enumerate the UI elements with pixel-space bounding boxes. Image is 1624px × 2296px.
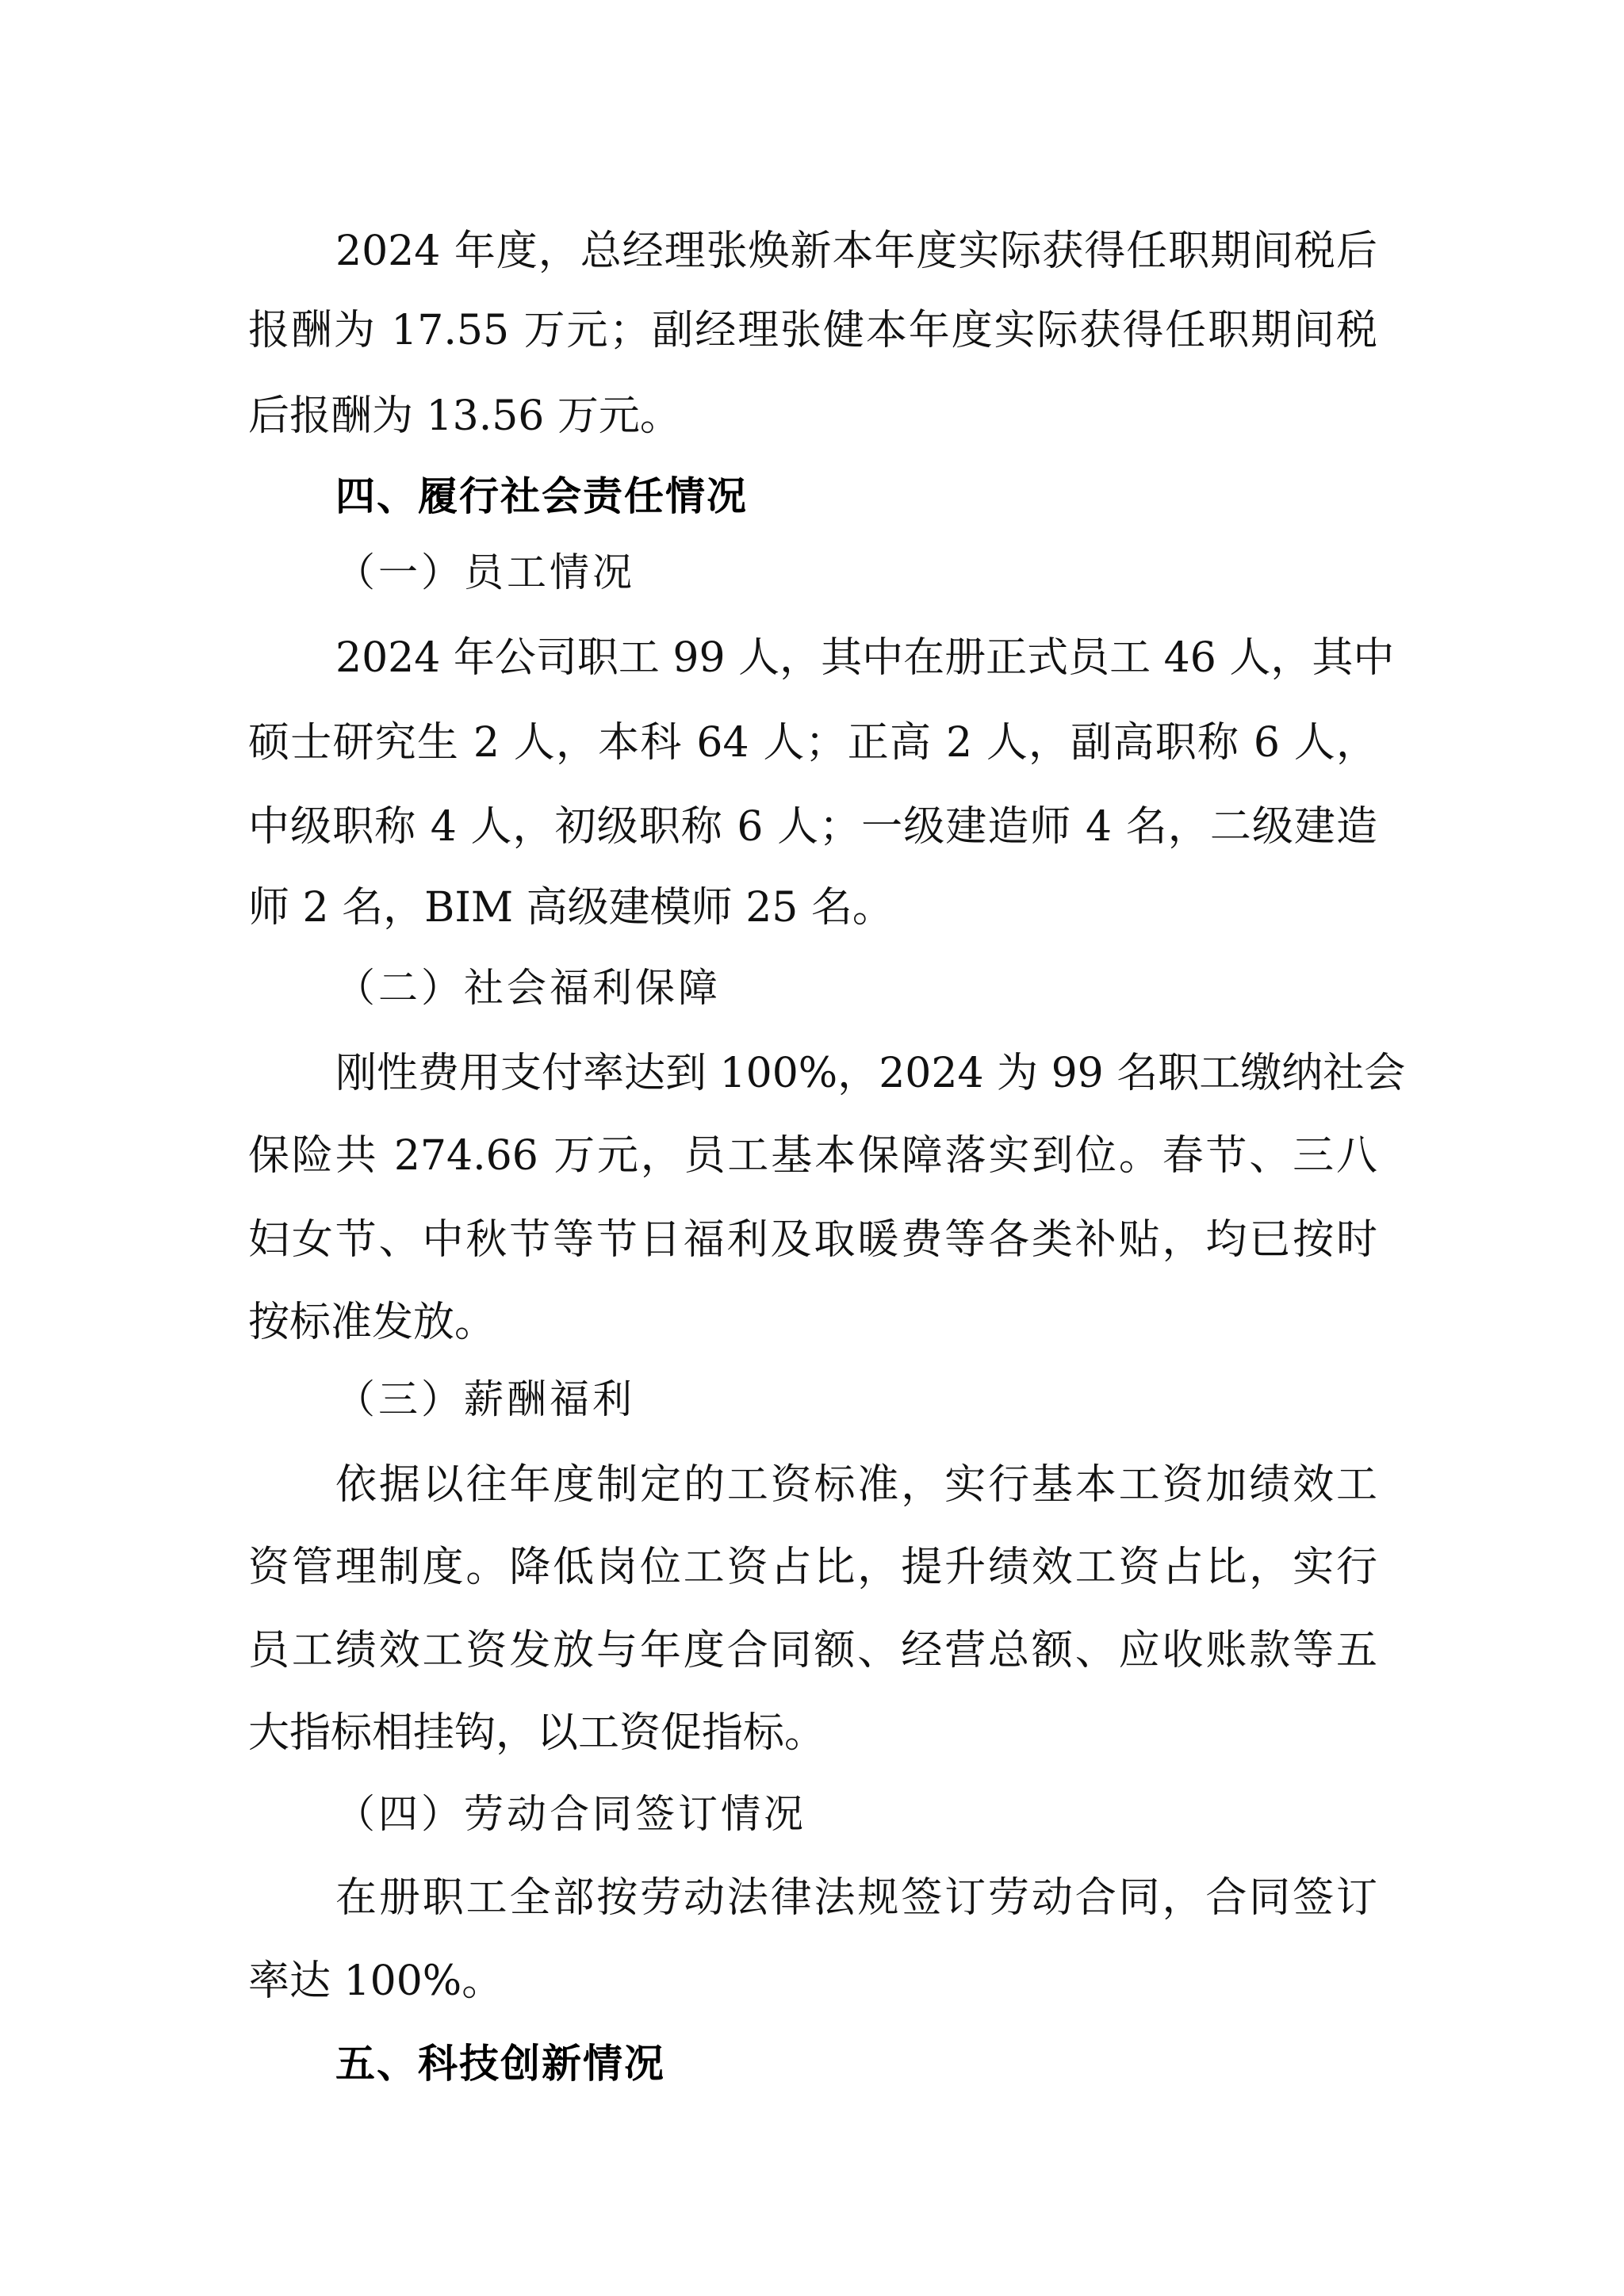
- paragraph-salary-line-3: 员工绩效工资发放与年度合同额、经营总额、应收账款等五: [248, 1619, 1377, 1682]
- paragraph-welfare-line-1: 刚性费用支付率达到 100%，2024 为 99 名职工缴纳社会: [335, 1042, 1377, 1105]
- section-heading-tech-innovation: 五、科技创新情况: [335, 2032, 665, 2095]
- paragraph-welfare-line-4: 按标准发放。: [248, 1291, 1377, 1354]
- paragraph-compensation-line-3: 后报酬为 13.56 万元。: [248, 385, 1377, 448]
- paragraph-salary-line-4: 大指标相挂钩，以工资促指标。: [248, 1701, 1377, 1765]
- subsection-heading-employees: （一）员工情况: [335, 541, 635, 604]
- paragraph-employees-line-3: 中级职称 4 人，初级职称 6 人；一级建造师 4 名，二级建造: [248, 795, 1377, 859]
- paragraph-compensation-line-2: 报酬为 17.55 万元；副经理张健本年度实际获得任职期间税: [248, 299, 1377, 362]
- document-page: 2024 年度，总经理张焕新本年度实际获得任职期间税后 报酬为 17.55 万元…: [0, 0, 1624, 2296]
- paragraph-welfare-line-3: 妇女节、中秋节等节日福利及取暖费等各类补贴，均已按时: [248, 1208, 1377, 1272]
- paragraph-compensation-line-1: 2024 年度，总经理张焕新本年度实际获得任职期间税后: [335, 220, 1377, 283]
- section-heading-social-responsibility: 四、履行社会责任情况: [335, 465, 748, 528]
- paragraph-employees-line-4: 师 2 名，BIM 高级建模师 25 名。: [248, 876, 1377, 939]
- subsection-heading-compensation-benefits: （三）薪酬福利: [335, 1368, 635, 1431]
- paragraph-welfare-line-2: 保险共 274.66 万元，员工基本保障落实到位。春节、三八: [248, 1124, 1377, 1188]
- paragraph-employees-line-1: 2024 年公司职工 99 人，其中在册正式员工 46 人，其中: [335, 626, 1377, 690]
- paragraph-salary-line-2: 资管理制度。降低岗位工资占比，提升绩效工资占比，实行: [248, 1536, 1377, 1599]
- paragraph-contracts-line-1: 在册职工全部按劳动法律法规签订劳动合同，合同签订: [335, 1866, 1377, 1930]
- paragraph-contracts-line-2: 率达 100%。: [248, 1950, 1377, 2013]
- subsection-heading-social-welfare: （二）社会福利保障: [335, 956, 721, 1020]
- subsection-heading-labor-contracts: （四）劳动合同签订情况: [335, 1782, 806, 1846]
- paragraph-salary-line-1: 依据以往年度制定的工资标准，实行基本工资加绩效工: [335, 1453, 1377, 1517]
- paragraph-employees-line-2: 硕士研究生 2 人，本科 64 人；正高 2 人，副高职称 6 人，: [248, 711, 1377, 775]
